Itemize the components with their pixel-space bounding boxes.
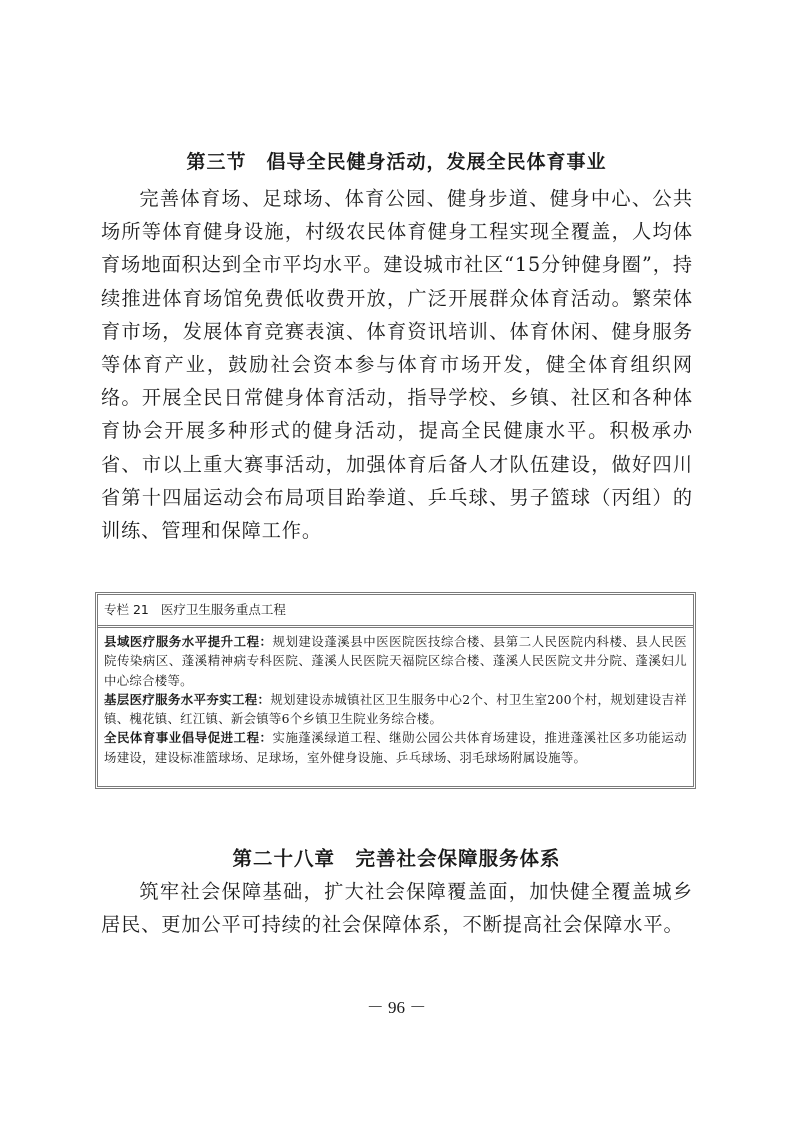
page-number: － 96 － xyxy=(0,993,793,1018)
feature-item: 县域医疗服务水平提升工程：规划建设蓬溪县中医医院医技综合楼、县第二人民医院内科楼… xyxy=(104,632,687,690)
section-paragraph: 完善体育场、足球场、体育公园、健身步道、健身中心、公共场所等体育健身设施，村级农… xyxy=(101,182,693,547)
feature-item: 全民体育事业倡导促进工程：实施蓬溪绿道工程、继勋公园公共体育场建设，推进蓬溪社区… xyxy=(104,728,687,767)
feature-box-header: 专栏 21医疗卫生服务重点工程 xyxy=(98,595,693,628)
document-page: 第三节 倡导全民健身活动，发展全民体育事业 完善体育场、足球场、体育公园、健身步… xyxy=(0,0,793,1122)
feature-box: 专栏 21医疗卫生服务重点工程 县域医疗服务水平提升工程：规划建设蓬溪县中医医院… xyxy=(95,592,696,789)
feature-item-heading: 县域医疗服务水平提升工程： xyxy=(104,634,273,649)
chapter-paragraph: 筑牢社会保障基础，扩大社会保障覆盖面，加快健全覆盖城乡居民、更加公平可持续的社会… xyxy=(101,875,693,941)
feature-box-label: 专栏 21 xyxy=(104,602,149,617)
feature-box-body: 县域医疗服务水平提升工程：规划建设蓬溪县中医医院医技综合楼、县第二人民医院内科楼… xyxy=(98,628,693,767)
feature-item: 基层医疗服务水平夯实工程：规划建设赤城镇社区卫生服务中心2个、村卫生室200个村… xyxy=(104,690,687,729)
feature-item-heading: 基层医疗服务水平夯实工程： xyxy=(104,692,270,707)
feature-box-title: 医疗卫生服务重点工程 xyxy=(161,602,286,617)
section-title: 第三节 倡导全民健身活动，发展全民体育事业 xyxy=(0,147,793,174)
chapter-body: 筑牢社会保障基础，扩大社会保障覆盖面，加快健全覆盖城乡居民、更加公平可持续的社会… xyxy=(101,875,693,941)
section-body: 完善体育场、足球场、体育公园、健身步道、健身中心、公共场所等体育健身设施，村级农… xyxy=(101,182,693,547)
feature-item-heading: 全民体育事业倡导促进工程： xyxy=(104,730,273,745)
chapter-title: 第二十八章 完善社会保障服务体系 xyxy=(0,843,793,871)
